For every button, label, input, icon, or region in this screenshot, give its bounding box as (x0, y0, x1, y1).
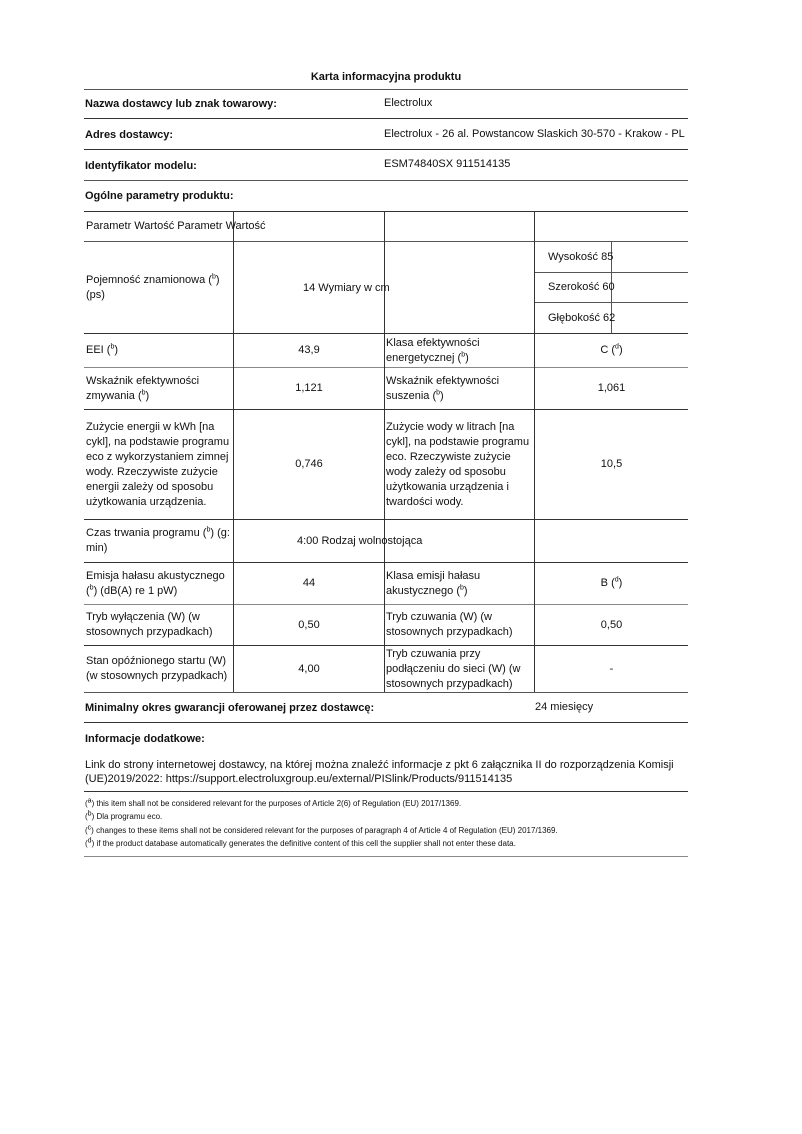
dimension-value: 85 (601, 251, 613, 263)
label-end: ) (465, 352, 469, 364)
footnote-mark: d (88, 837, 92, 844)
value-text: C ( (600, 344, 615, 356)
dimension-value: 60 (602, 281, 614, 293)
supplier-name-label: Nazwa dostawcy lub znak towarowy: (85, 97, 277, 112)
divider (84, 149, 688, 150)
supplier-name-value: Electrolux (384, 96, 432, 111)
label-text: Czas trwania programu ( (86, 527, 206, 539)
standby-mode-value: 0,50 (535, 605, 688, 645)
label-text: EEI ( (86, 344, 110, 356)
dimension-label: Szerokość (548, 281, 599, 293)
dimension-value: 62 (603, 312, 615, 324)
divider (84, 722, 688, 723)
noise-class-label: Klasa emisji hałasu akustycznego (b) (386, 563, 511, 604)
warranty-label: Minimalny okres gwarancji oferowanej prz… (85, 701, 374, 716)
delay-start-value: 4,00 (234, 646, 384, 692)
footnote-mark: a (88, 797, 92, 804)
label-end: ) (464, 585, 468, 597)
cleaning-index-label: Wskaźnik efektywności zmywania (b) (86, 368, 231, 409)
capacity-unit: (ps) (86, 289, 105, 301)
value-text: B ( (601, 577, 615, 589)
dimension-depth: Głębokość 62 (548, 311, 615, 326)
water-consumption-value: 10,5 (535, 410, 688, 519)
off-mode-value: 0,50 (234, 605, 384, 645)
footnote-text: changes to these items shall not be cons… (96, 826, 558, 835)
dimension-width: Szerokość 60 (548, 280, 615, 295)
footnote-text: this item shall not be considered releva… (96, 799, 461, 808)
capacity-label-text: Pojemność znamionowa ( (86, 274, 212, 286)
divider (84, 791, 688, 792)
divider (84, 180, 688, 181)
footnote-text: Dla programu eco. (96, 812, 162, 821)
energy-consumption-label: Zużycie energii w kWh [na cykl], na pods… (86, 410, 232, 519)
footnote-mark: c (88, 824, 92, 831)
label-end: ) (440, 390, 444, 402)
off-mode-label: Tryb wyłączenia (W) (w stosownych przypa… (86, 605, 232, 645)
footnote-b: (b) Dla programu eco. (85, 811, 162, 822)
footnote-c: (c) changes to these items shall not be … (85, 825, 558, 836)
value-end: ) (619, 577, 623, 589)
drying-index-label: Wskaźnik efektywności suszenia (b) (386, 368, 516, 409)
energy-class-label: Klasa efektywności energetycznej (b) (386, 334, 516, 367)
general-params-heading: Ogólne parametry produktu: (85, 189, 234, 204)
warranty-value: 24 miesięcy (535, 700, 593, 715)
cleaning-index-value: 1,121 (234, 368, 384, 409)
eei-value: 43,9 (234, 334, 384, 367)
additional-info-heading: Informacje dodatkowe: (85, 732, 205, 747)
footnote-a: (a) this item shall not be considered re… (85, 798, 461, 809)
model-id-label: Identyfikator modelu: (85, 159, 197, 174)
table-header-text: Parametr Wartość Parametr Wartość (86, 219, 266, 234)
table-border (84, 211, 688, 212)
eei-label: EEI (b) (86, 334, 231, 367)
product-info-link[interactable]: (UE)2019/2022: https://support.electrolu… (85, 772, 512, 787)
capacity-value: 14 Wymiary w cm (303, 281, 390, 296)
energy-consumption-value: 0,746 (234, 410, 384, 519)
capacity-label: Pojemność znamionowa (b) (ps) (86, 273, 220, 303)
dimension-label: Wysokość (548, 251, 598, 263)
noise-class-value: B (d) (535, 563, 688, 604)
capacity-label-end: ) (216, 274, 220, 286)
label-end: ) (146, 390, 150, 402)
energy-class-value: C (d) (535, 334, 688, 367)
program-duration-label: Czas trwania programu (b) (g: min) (86, 520, 232, 562)
noise-emission-label: Emisja hałasu akustycznego (b) (dB(A) re… (86, 563, 234, 604)
document-title: Karta informacyjna produktu (0, 70, 772, 85)
divider (84, 856, 688, 857)
footnote-text: if the product database automatically ge… (96, 839, 515, 848)
table-row-line (84, 692, 688, 693)
footnote-d: (d) if the product database automaticall… (85, 838, 516, 849)
water-consumption-label: Zużycie wody w litrach [na cykl], na pod… (386, 410, 534, 519)
model-id-value: ESM74840SX 911514135 (384, 157, 510, 172)
divider (84, 118, 688, 119)
dimension-height: Wysokość 85 (548, 250, 613, 265)
networked-standby-value: - (535, 646, 688, 692)
supplier-address-value: Electrolux - 26 al. Powstancow Slaskich … (384, 127, 685, 142)
noise-emission-value: 44 (234, 563, 384, 604)
drying-index-value: 1,061 (535, 368, 688, 409)
program-duration-and-type-value: 4:00 Rodzaj wolnostojąca (297, 534, 422, 549)
standby-mode-label: Tryb czuwania (W) (w stosownych przypadk… (386, 605, 526, 645)
additional-info-text: Link do strony internetowej dostawcy, na… (85, 758, 674, 773)
value-end: ) (619, 344, 623, 356)
label-end: ) (dB(A) re 1 pW) (94, 585, 178, 597)
delay-start-label: Stan opóźnionego startu (W) (w stosownyc… (86, 646, 232, 692)
dimension-label: Głębokość (548, 312, 600, 324)
footnote-mark: b (88, 810, 92, 817)
table-row-line (84, 241, 688, 242)
divider (84, 89, 688, 90)
networked-standby-label: Tryb czuwania przy podłączeniu do sieci … (386, 646, 526, 692)
label-end: ) (114, 344, 118, 356)
supplier-address-label: Adres dostawcy: (85, 128, 173, 143)
